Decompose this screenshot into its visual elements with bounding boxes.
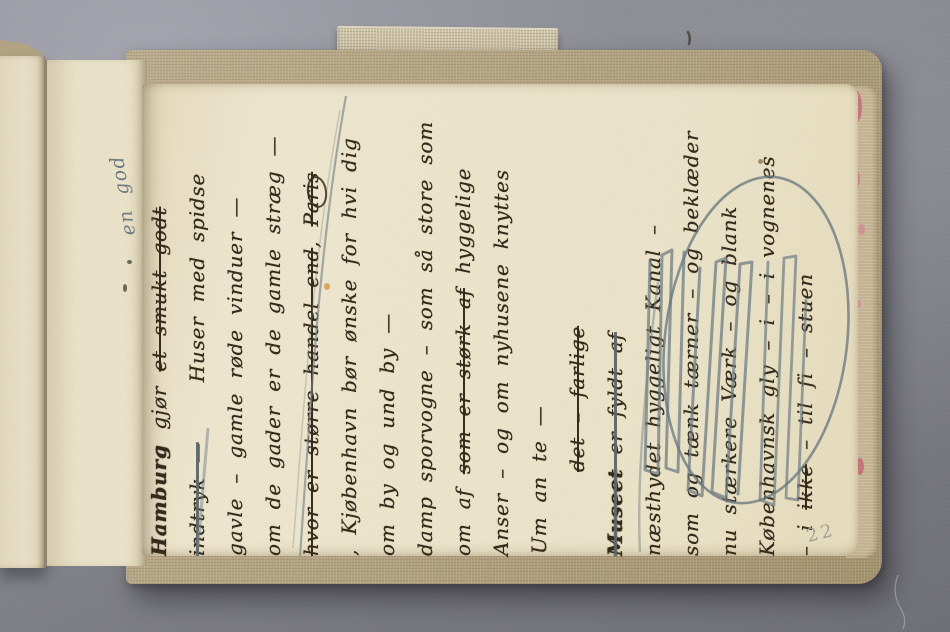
handwriting-line: nu stærkere Værk – og blank — [710, 96, 748, 556]
handwriting-segment: – til fi – stuen — [793, 273, 817, 464]
paper-fleck — [127, 260, 132, 264]
handwriting-segment: om af — [451, 474, 475, 556]
handwriting-line: om by og und by — — [368, 96, 406, 556]
handwriting-line: hvor er større handel end, Paris — [292, 96, 330, 556]
handwriting-segment: er fyldt af — [603, 332, 627, 468]
handwriting-line: gavle – gamle røde vinduer — — [216, 96, 254, 556]
handwriting-line: – i ikke – til fi – stuen — [786, 96, 824, 556]
handwriting-line: damp sporvogne – som så store som — [406, 96, 444, 556]
handwriting-segment: Anser – og om nyhusene knyttes — [489, 169, 513, 556]
handwriting-segment: Hamburg — [147, 430, 171, 556]
handwriting-segment: det – farlige — [565, 326, 589, 472]
handwriting-segment: Um an te — — [527, 405, 551, 554]
handwriting-line: Museet er fyldt af — [596, 96, 634, 556]
handwriting-segment: hyggelige — [451, 168, 475, 288]
handwriting-line: Københavnsk gly – i – i vognenes — [748, 96, 786, 556]
handwriting-line: som og tænk tærner – og beklæder — [672, 96, 710, 556]
handwriting-segment: nu stærkere Værk – og blank — [717, 206, 741, 556]
handwriting-segment: om by og und by — — [375, 313, 399, 556]
handwriting-segment: Museet — [603, 469, 627, 556]
notebook-photograph: en god Hamburg gjør et smukt godtindtryk… — [0, 0, 950, 632]
handwriting-segment: gavle – gamle røde vinduer — — [223, 197, 247, 556]
handwriting-line: Hamburg gjør et smukt godt — [140, 96, 178, 556]
handwriting-segment: hvor er større handel end — [299, 248, 323, 556]
felt-fleck — [688, 32, 690, 44]
handwriting-line: næsthydet hyggeligt Kanal – — [634, 96, 672, 556]
handwriting-segment: Paris — [299, 172, 323, 227]
handwriting-segment: om de gader er de gamle stræg — — [261, 136, 285, 556]
handwriting-segment: Københavnsk gly – i – i vognenes — [755, 156, 779, 556]
handwriting-line: Anser – og om nyhusene knyttes — [482, 96, 520, 556]
handwriting-segment: som og tænk tærner – og beklæder — [679, 131, 703, 556]
handwriting-line: indtryk —Huser med spidse — [178, 96, 216, 556]
felt-fibre — [895, 575, 904, 629]
red-sprinkle — [858, 224, 865, 235]
paper-fleck — [123, 284, 127, 292]
handwriting-segment: som er størk af — [451, 288, 475, 474]
handwriting-segment: næsthydet hyggeligt Kanal – — [641, 224, 665, 556]
handwriting-line: om af som er størk af hyggelige — [444, 96, 482, 556]
handwriting-segment: , — [299, 227, 323, 248]
handwriting-line: om de gader er de gamle stræg — — [254, 96, 292, 556]
handwriting-segment: indtryk — — [185, 442, 209, 556]
handwriting-segment: ‚ Kjøbenhavn bør ønske for hvi dig — [337, 137, 361, 556]
handwriting-segment: gjør — [147, 372, 171, 430]
handwriting-segment: et smukt godt — [147, 207, 171, 372]
handwriting-line: Um an te — — [520, 96, 558, 556]
handwriting-segment: Huser med spidse — [185, 173, 209, 382]
handwriting-segment: damp sporvogne – som så store som — [413, 121, 437, 556]
opened-cover-flap — [0, 56, 46, 568]
handwriting-line: ‚ Kjøbenhavn bør ønske for hvi dig — [330, 96, 368, 556]
handwriting-line: det – farlige — [558, 96, 596, 556]
handwriting-segment: ikke — [793, 464, 817, 510]
handwriting-block: en god Hamburg gjør et smukt godtindtryk… — [140, 96, 830, 556]
page-stack-edges — [44, 60, 147, 566]
